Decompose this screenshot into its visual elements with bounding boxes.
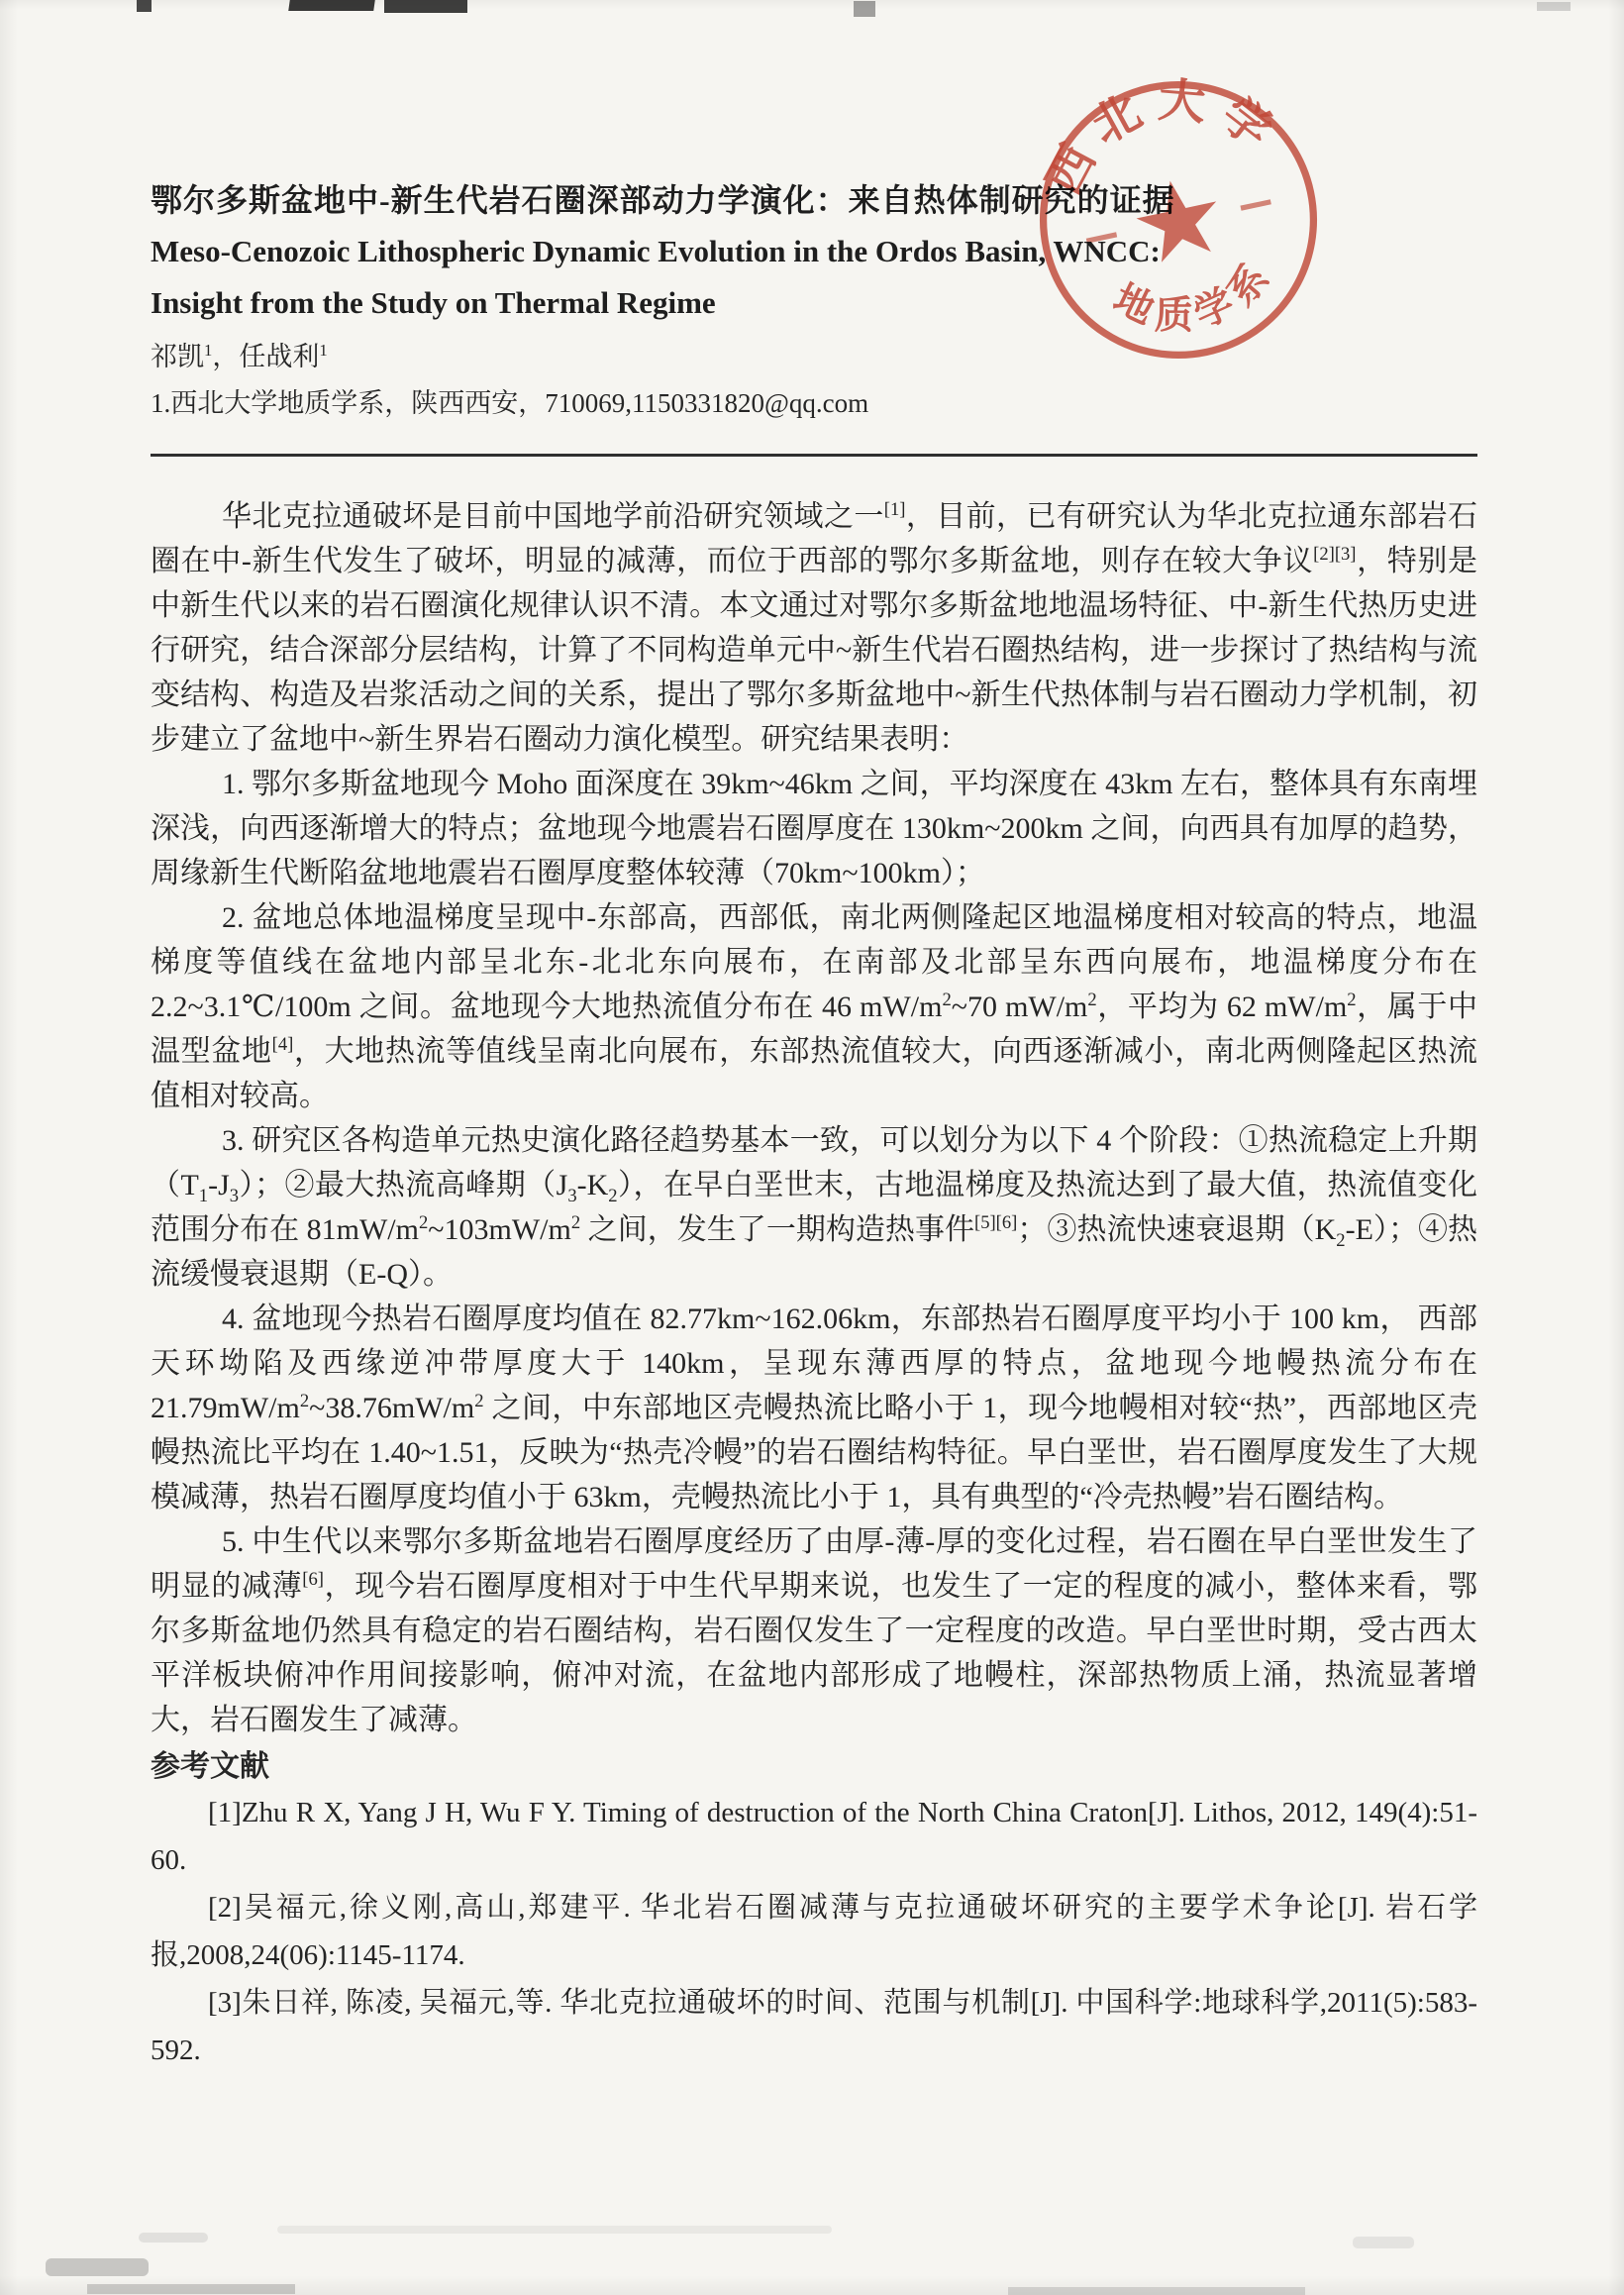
paragraph-point-1: 1. 鄂尔多斯盆地现今 Moho 面深度在 39km~46km 之间，平均深度在…	[151, 762, 1477, 895]
divider-rule	[151, 454, 1477, 457]
scanned-abstract-page: { "colors": { "paper": "#f6f5f1", "ink":…	[0, 0, 1624, 2295]
reference-item-2: [2]吴福元,徐义刚,高山,郑建平. 华北岩石圈减薄与克拉通破坏研究的主要学术争…	[151, 1884, 1477, 1979]
paragraph-point-5: 5. 中生代以来鄂尔多斯盆地岩石圈厚度经历了由厚-薄-厚的变化过程，岩石圈在早白…	[151, 1519, 1477, 1742]
paragraph-intro: 华北克拉通破坏是目前中国地学前沿研究领域之一[1]，目前，已有研究认为华北克拉通…	[151, 494, 1477, 762]
document-content: 鄂尔多斯盆地中-新生代岩石圈深部动力学演化：来自热体制研究的证据 Meso-Ce…	[151, 174, 1477, 2074]
scan-artifact	[137, 0, 152, 12]
author-line: 祁凯1，任战利1	[151, 333, 1477, 380]
page-title-english-line1: Meso-Cenozoic Lithospheric Dynamic Evolu…	[151, 226, 1477, 277]
page-title-chinese: 鄂尔多斯盆地中-新生代岩石圈深部动力学演化：来自热体制研究的证据	[151, 174, 1477, 226]
scan-artifact	[87, 2284, 295, 2294]
affiliation-line: 1.西北大学地质学系，陕西西安，710069,1150331820@qq.com	[151, 380, 1477, 426]
scan-artifact	[1537, 2, 1571, 11]
reference-item-1: [1]Zhu R X, Yang J H, Wu F Y. Timing of …	[151, 1789, 1477, 1884]
scan-artifact	[288, 0, 375, 11]
references-heading: 参考文献	[151, 1744, 1477, 1789]
scan-artifact	[1353, 2237, 1414, 2248]
paragraph-point-3: 3. 研究区各构造单元热史演化路径趋势基本一致，可以划分为以下 4 个阶段：①热…	[151, 1118, 1477, 1297]
reference-item-3: [3]朱日祥, 陈凌, 吴福元,等. 华北克拉通破坏的时间、范围与机制[J]. …	[151, 1979, 1477, 2074]
scan-artifact	[46, 2258, 149, 2276]
paragraph-point-2: 2. 盆地总体地温梯度呈现中-东部高，西部低，南北两侧隆起区地温梯度相对较高的特…	[151, 895, 1477, 1118]
scan-artifact	[854, 1, 875, 17]
scan-artifact	[139, 2233, 208, 2243]
page-title-english-line2: Insight from the Study on Thermal Regime	[151, 277, 1477, 329]
scan-artifact	[277, 2226, 832, 2234]
scan-artifact	[384, 0, 467, 13]
scan-artifact	[1008, 2287, 1305, 2295]
paragraph-point-4: 4. 盆地现今热岩石圈厚度均值在 82.77km~162.06km，东部热岩石圈…	[151, 1297, 1477, 1519]
